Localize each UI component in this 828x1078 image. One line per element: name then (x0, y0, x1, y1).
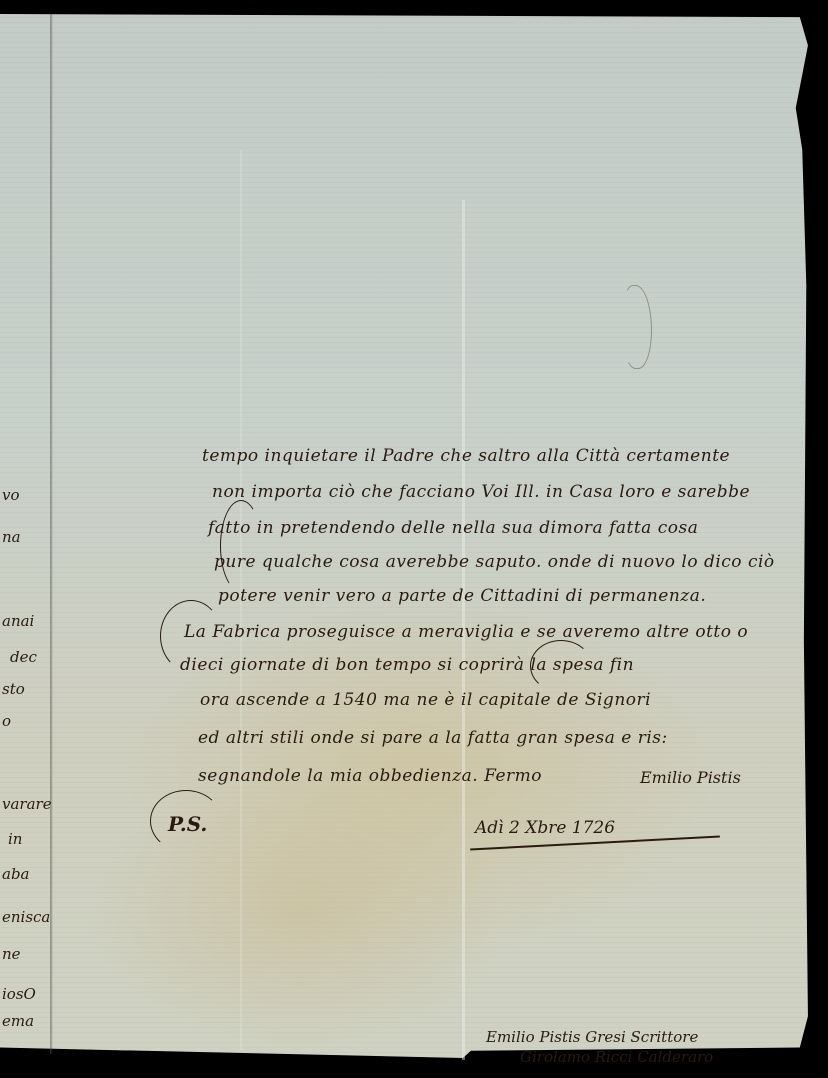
letter-line: segnandole la mia obbedienza. Fermo (198, 766, 542, 786)
initials-flourish (150, 790, 222, 852)
margin-fragment: vo (2, 486, 20, 504)
letter-flourish (530, 640, 592, 692)
margin-fragment: in (8, 830, 22, 848)
margin-fragment: sto (2, 680, 25, 698)
letter-line: potere venir vero a parte de Cittadini d… (218, 586, 706, 606)
margin-fragment: anai (2, 612, 34, 630)
initial-flourish (160, 600, 222, 672)
date-line: Adì 2 Xbre 1726 (475, 818, 615, 838)
letter-line: ed altri stili onde si pare a la fatta g… (198, 728, 668, 748)
letter-line: fatto in pretendendo delle nella sua dim… (208, 518, 698, 538)
letter-flourish (220, 500, 262, 592)
bottom-signature: Girolamo Ricci Calderaro (520, 1048, 713, 1066)
margin-fragment: na (2, 528, 21, 546)
letter-line: La Fabrica proseguisce a meraviglia e se… (184, 622, 748, 642)
margin-fragment: o (2, 712, 11, 730)
letter-line: tempo inquietare il Padre che saltro all… (202, 446, 730, 466)
margin-fragment: dec (10, 648, 37, 666)
bottom-signature: Emilio Pistis Gresi Scrittore (486, 1028, 698, 1046)
margin-fragment: enisca (2, 908, 50, 926)
letter-line: pure qualche cosa averebbe saputo. onde … (214, 552, 775, 572)
margin-fragment: iosO (2, 985, 36, 1003)
letter-line: ora ascende a 1540 ma ne è il capitale d… (200, 690, 651, 710)
margin-fragment: ne (2, 945, 21, 963)
fold-line (50, 14, 53, 1054)
margin-fragment: ema (2, 1012, 34, 1030)
closing-signature: Emilio Pistis (640, 768, 741, 787)
margin-fragment: aba (2, 865, 30, 883)
margin-fragment: varare (2, 795, 52, 813)
letter-line: non importa ciò che facciano Voi Ill. in… (212, 482, 750, 502)
